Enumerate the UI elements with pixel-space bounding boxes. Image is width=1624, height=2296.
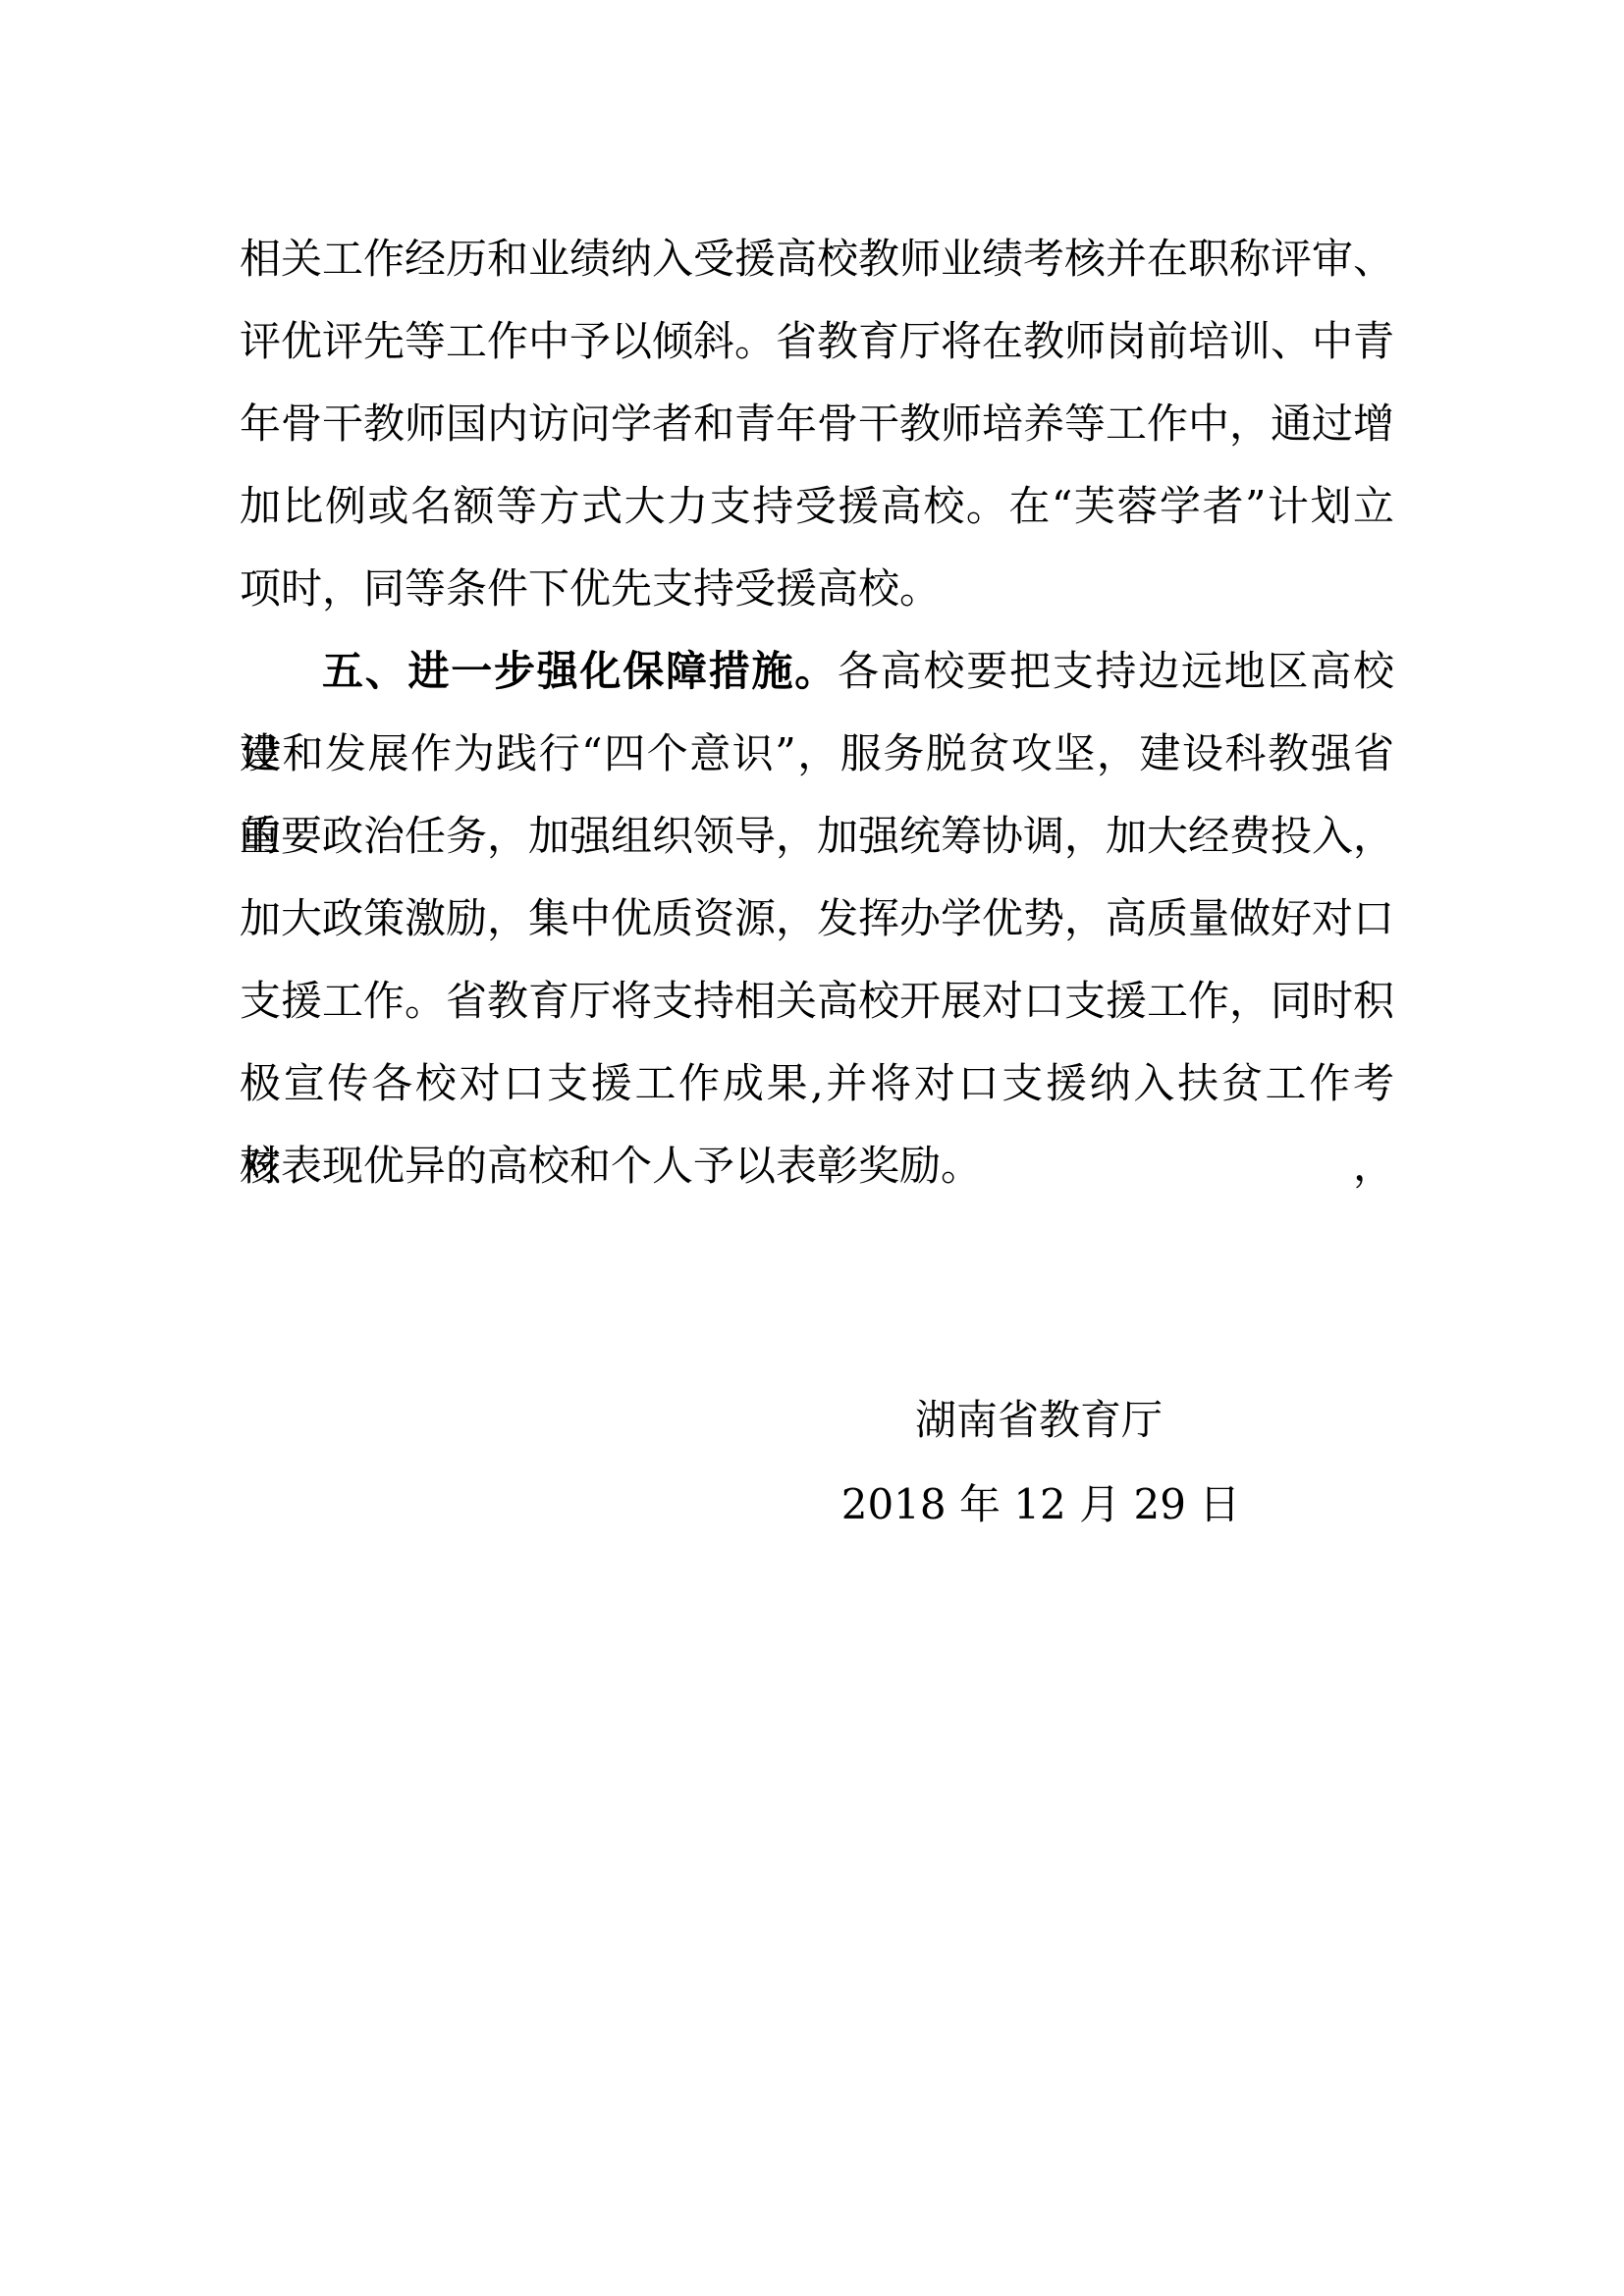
body-line-9: 加大政策激励，集中优质资源，发挥办学优势，高质量做好对口 xyxy=(240,878,1394,960)
body-line-3: 年骨干教师国内访问学者和青年骨干教师培养等工作中，通过增 xyxy=(240,383,1394,465)
section-heading: 五、进一步强化保障措施。 xyxy=(322,647,838,695)
document-body: 相关工作经历和业绩纳入受援高校教师业绩考核并在职称评审、 评优评先等工作中予以倾… xyxy=(240,218,1394,1207)
body-line-2: 评优评先等工作中予以倾斜。省教育厅将在教师岗前培训、中青 xyxy=(240,300,1394,383)
document-page: 相关工作经历和业绩纳入受援高校教师业绩考核并在职称评审、 评优评先等工作中予以倾… xyxy=(0,0,1624,2296)
body-line-6: 五、进一步强化保障措施。各高校要把支持边远地区高校建 xyxy=(240,630,1394,713)
body-line-11: 极宣传各校对口支援工作成果,并将对口支援纳入扶贫工作考核， xyxy=(240,1042,1394,1125)
body-line-8: 重要政治任务，加强组织领导，加强统筹协调，加大经费投入， xyxy=(240,795,1394,878)
signature-date: 2018 年 12 月 29 日 xyxy=(841,1480,1241,1529)
body-line-7: 设和发展作为践行“四个意识”，服务脱贫攻坚，建设科教强省的 xyxy=(240,713,1394,795)
body-line-1: 相关工作经历和业绩纳入受援高校教师业绩考核并在职称评审、 xyxy=(240,218,1394,300)
body-line-10: 支援工作。省教育厅将支持相关高校开展对口支援工作，同时积 xyxy=(240,960,1394,1042)
signature-issuer: 湖南省教育厅 xyxy=(915,1396,1163,1445)
body-line-5: 项时，同等条件下优先支持受援高校。 xyxy=(240,548,1394,630)
body-line-4: 加比例或名额等方式大力支持受援高校。在“芙蓉学者”计划立 xyxy=(240,465,1394,548)
